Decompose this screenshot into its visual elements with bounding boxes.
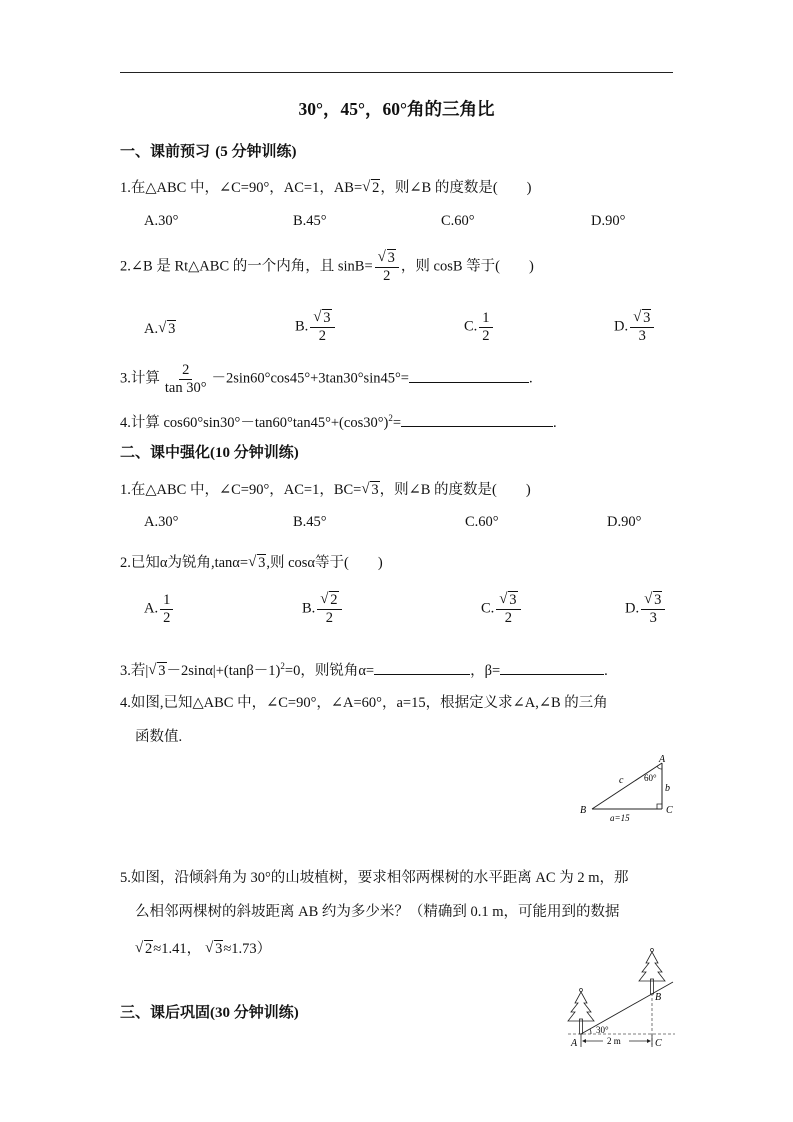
question-1-4: 4.计算 cos60°sin30°－tan60°tan45°+(cos30°)2… — [120, 411, 557, 432]
option-label: C. — [464, 319, 477, 335]
question-text: ，β= — [470, 663, 500, 679]
radicand: 3 — [508, 591, 517, 608]
approx-value: ≈1.73） — [223, 941, 271, 957]
question-text: 5.如图，沿倾斜角为 30°的山坡植树，要求相邻两棵树的水平距离 AC 为 2 … — [120, 866, 628, 887]
section-heading-preview: 一、课前预习 (5 分钟训练) — [120, 140, 297, 161]
radicand: 3 — [653, 591, 662, 608]
sqrt: 2 — [362, 180, 380, 197]
option-label: A. — [144, 601, 158, 617]
approx-value: ≈1.41， — [153, 941, 201, 957]
section-heading-reinforce: 二、课中强化(10 分钟训练) — [120, 441, 299, 462]
angle-label: 60° — [644, 773, 657, 783]
question-2-4: 4.如图,已知△ABC 中，∠C=90°，∠A=60°，a=15，根据定义求∠A… — [120, 691, 608, 746]
option-c: C.60° — [441, 213, 475, 230]
vertex-a-label: A — [658, 754, 666, 765]
radicand: 3 — [387, 249, 396, 266]
radicand: 3 — [322, 309, 331, 326]
header-rule — [120, 72, 673, 73]
alpha-answer-blank[interactable] — [374, 660, 470, 675]
side-b-label: b — [665, 783, 670, 794]
question-1-2: 2.∠B 是 Rt△ABC 的一个内角，且 sinB=32，则 cosB 等于(… — [120, 250, 534, 284]
radicand: 2 — [371, 179, 380, 196]
tree-a-icon — [568, 989, 594, 1035]
question-text: 2.∠B 是 Rt△ABC 的一个内角，且 sinB= — [120, 259, 373, 275]
question-text: 函数值. — [120, 725, 608, 746]
slope-tree-figure: 30° 2 m A B C — [560, 945, 680, 1055]
section-duration: (10 分钟训练) — [210, 445, 299, 461]
option-d: D.33 — [614, 310, 656, 344]
side-c-label: c — [619, 775, 624, 786]
denominator: 2 — [316, 328, 329, 345]
option-c: C.60° — [465, 514, 499, 531]
section-duration: (30 分钟训练) — [210, 1005, 299, 1021]
question-text: －2sinα|+(tanβ－1) — [167, 663, 281, 679]
section-title: 一、课前预习 — [120, 142, 210, 160]
fraction: 2tan 30° — [162, 362, 210, 396]
option-label: A. — [144, 321, 158, 337]
radicand: 2 — [144, 940, 153, 957]
question-text: －2sin60°cos45°+3tan30°sin45°= — [212, 371, 409, 387]
answer-blank[interactable] — [409, 368, 529, 383]
question-text: ，则∠B 的度数是( ) — [380, 180, 531, 196]
section-title: 二、课中强化 — [120, 443, 210, 461]
tree-b-icon — [639, 949, 665, 995]
period: . — [529, 371, 533, 387]
question-text: ,则 cosα等于( ) — [266, 555, 382, 571]
option-label: D. — [614, 319, 628, 335]
equals: = — [393, 415, 401, 431]
question-2-2: 2.已知α为锐角,tanα=3,则 cosα等于( ) — [120, 551, 383, 572]
option-b: B.22 — [302, 592, 344, 626]
distance-label: 2 m — [607, 1036, 621, 1046]
option-c: C.12 — [464, 310, 495, 344]
question-text: ，则∠B 的度数是( ) — [380, 482, 531, 498]
question-text: 1.在△ABC 中，∠C=90°，AC=1，BC= — [120, 482, 361, 498]
radicand: 3 — [370, 481, 379, 498]
denominator: 2 — [160, 610, 173, 627]
question-text: 3.计算 — [120, 371, 160, 387]
option-label: B. — [295, 319, 308, 335]
question-2-5: 5.如图，沿倾斜角为 30°的山坡植树，要求相邻两棵树的水平距离 AC 为 2 … — [120, 866, 628, 958]
triangle-figure: A B C 60° c b a=15 — [575, 750, 680, 825]
question-text: 么相邻两棵树的斜坡距离 AB 约为多少米？（精确到 0.1 m，可能用到的数据 — [120, 900, 628, 921]
fraction: 32 — [375, 250, 399, 284]
radicand: 3 — [167, 320, 176, 337]
radicand: 2 — [329, 591, 338, 608]
vertex-b-label: B — [580, 805, 586, 816]
answer-blank[interactable] — [401, 412, 553, 427]
option-a: A.12 — [144, 592, 175, 626]
radicand: 3 — [257, 554, 266, 571]
option-b: B.45° — [293, 514, 327, 531]
question-2-1: 1.在△ABC 中，∠C=90°，AC=1，BC=3，则∠B 的度数是( ) — [120, 478, 531, 499]
denominator: 2 — [323, 610, 336, 627]
numerator: 1 — [479, 310, 492, 328]
option-label: B. — [302, 601, 315, 617]
question-text: ，则 cosB 等于( ) — [401, 259, 534, 275]
radicand: 3 — [642, 309, 651, 326]
option-label: D. — [625, 601, 639, 617]
denominator: 3 — [647, 610, 660, 627]
side-a-label: a=15 — [610, 813, 630, 823]
section-duration: (5 分钟训练) — [215, 144, 296, 160]
denominator: 2 — [479, 328, 492, 345]
option-a: A.30° — [144, 213, 178, 230]
section-heading-review: 三、课后巩固(30 分钟训练) — [120, 1001, 299, 1022]
question-text: 2.已知α为锐角,tanα= — [120, 555, 248, 571]
question-text: 1.在△ABC 中，∠C=90°，AC=1，AB= — [120, 180, 362, 196]
option-a: A.30° — [144, 514, 178, 531]
radicand: 3 — [214, 940, 223, 957]
question-text: 3.若| — [120, 663, 148, 679]
option-b: B.45° — [293, 213, 327, 230]
radicand: 3 — [157, 662, 166, 679]
page-title: 30°，45°，60°角的三角比 — [0, 96, 793, 121]
point-c-label: C — [655, 1038, 662, 1049]
option-label: C. — [481, 601, 494, 617]
question-1-3: 3.计算2tan 30°－2sin60°cos45°+3tan30°sin45°… — [120, 362, 533, 396]
period: . — [604, 663, 608, 679]
angle-label: 30° — [596, 1025, 609, 1035]
option-c: C.32 — [481, 592, 523, 626]
section-title: 三、课后巩固 — [120, 1003, 210, 1021]
beta-answer-blank[interactable] — [500, 660, 604, 675]
denominator: tan 30° — [162, 380, 210, 397]
option-b: B.32 — [295, 310, 337, 344]
point-b-label: B — [655, 992, 661, 1003]
question-2-3: 3.若|3－2sinα|+(tanβ－1)2=0，则锐角α=，β=. — [120, 659, 608, 680]
question-text: 4.如图,已知△ABC 中，∠C=90°，∠A=60°，a=15，根据定义求∠A… — [120, 691, 608, 712]
option-a: A.3 — [144, 321, 176, 338]
question-text: 4.计算 cos60°sin30°－tan60°tan45°+(cos30°) — [120, 415, 388, 431]
denominator: 2 — [380, 268, 393, 285]
vertex-c-label: C — [666, 805, 673, 816]
denominator: 2 — [502, 610, 515, 627]
denominator: 3 — [636, 328, 649, 345]
option-d: D.90° — [591, 213, 625, 230]
question-text: =0，则锐角α= — [285, 663, 374, 679]
question-data-line: 2≈1.41，3≈1.73） — [120, 937, 628, 958]
point-a-label: A — [570, 1038, 578, 1049]
period: . — [553, 415, 557, 431]
option-d: D.33 — [625, 592, 667, 626]
numerator: 1 — [160, 592, 173, 610]
option-d: D.90° — [607, 514, 641, 531]
question-1-1: 1.在△ABC 中，∠C=90°，AC=1，AB=2，则∠B 的度数是( ) — [120, 176, 532, 197]
numerator: 2 — [179, 362, 192, 380]
